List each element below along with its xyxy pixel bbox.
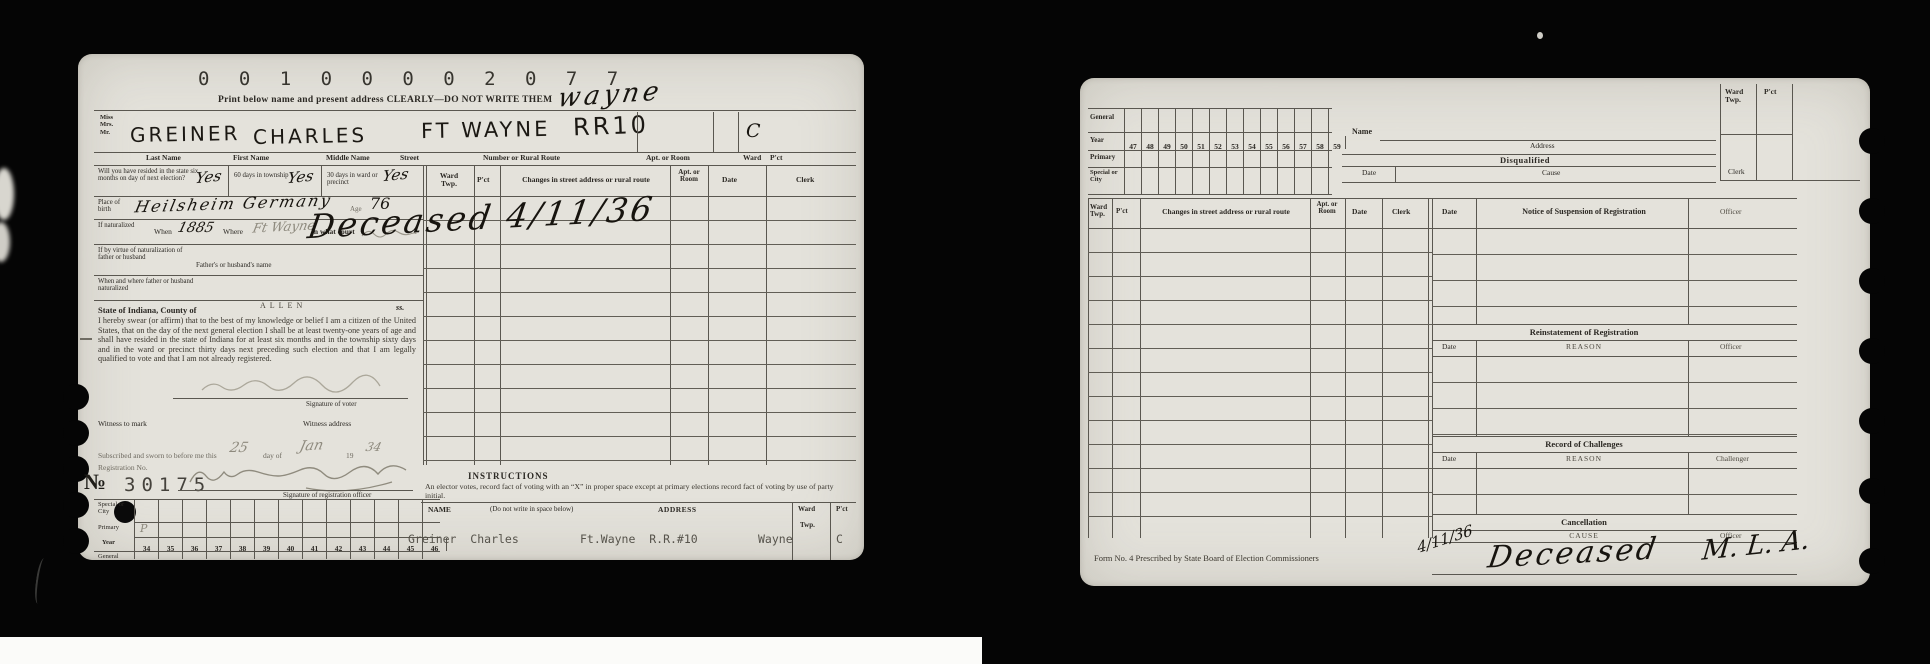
vote-row-label-primary: Primary (1090, 154, 1115, 161)
question-residence-ward: 30 days in ward or precinct (327, 172, 389, 186)
rule (94, 110, 856, 111)
instructions-text: An elector votes, record fact of voting … (425, 482, 845, 500)
left-card: 0 0 1 0 0 0 0 2 0 7 7 Print below name a… (78, 54, 864, 560)
scanner-squiggle (33, 558, 49, 605)
label-middle-name: Middle Name (326, 154, 370, 162)
perforation (1859, 338, 1885, 364)
grid-line (713, 112, 714, 152)
grid-line (1395, 166, 1396, 182)
scanner-edge-smudge (0, 168, 14, 220)
sworn-month-hand: Jan (298, 437, 325, 455)
signature-voter-label: Signature of voter (306, 401, 357, 408)
rule (1432, 340, 1797, 341)
record-ward-label: Ward (798, 506, 815, 513)
challenges-challenger-label: Challenger (1716, 455, 1749, 463)
challenges-reason-label: REASON (1480, 455, 1688, 463)
disqualified-date-label: Date (1362, 169, 1376, 177)
officer-signature-scribble (186, 462, 416, 490)
address-label: Address (1530, 142, 1555, 150)
corner-ward-label: Ward Twp. (1725, 88, 1753, 104)
challenges-date-label: Date (1442, 455, 1456, 463)
answer-residence-township: Yes (286, 167, 315, 188)
perforation (63, 384, 89, 410)
grid-line (738, 112, 739, 152)
rule (1088, 194, 1332, 195)
sworn-year-prefix: 19 (346, 452, 354, 460)
vote-row-label-primary: Primary (98, 525, 119, 532)
grid-line (830, 502, 831, 560)
ward-pct-hand: C (746, 120, 761, 142)
instructions-title: INSTRUCTIONS (468, 472, 549, 481)
grid-clerk-label: Clerk (796, 176, 814, 184)
typed-name: Greiner Charles (408, 532, 519, 546)
rule (94, 152, 856, 153)
record-note: (Do not write in space below) (490, 506, 573, 513)
label-last-name: Last Name (146, 154, 181, 162)
rule (1342, 166, 1716, 167)
reinstatement-reason-label: REASON (1480, 343, 1688, 351)
clerk-label: Clerk (1728, 168, 1745, 176)
vote-row-label-general: General (98, 554, 119, 561)
label-rural-route: Number or Rural Route (483, 154, 560, 162)
sworn-day-hand: 25 (228, 440, 250, 456)
grid-date-label: Date (1352, 208, 1367, 216)
corner-pct-label: P'ct (1764, 88, 1777, 96)
father-when-label: When and where father or husband natural… (98, 278, 208, 292)
reinstatement-rows (1432, 357, 1797, 436)
perforation (63, 420, 89, 446)
typed-ward: Wayne (758, 532, 793, 546)
label-ward: Ward (743, 154, 761, 162)
grid-rows (423, 197, 856, 465)
rule (1720, 134, 1792, 135)
right-card: General Year Primary Special or City 474… (1080, 78, 1870, 586)
grid-line (792, 502, 793, 560)
reinstatement-officer-label: Officer (1720, 343, 1742, 351)
perforation (1859, 548, 1885, 574)
naturalized-label: If naturalized (98, 222, 138, 229)
disqualified-title: Disqualified (1500, 156, 1550, 165)
salutation-stack: Miss Mrs. Mr. (100, 114, 113, 136)
year-cell: 59 (1328, 142, 1345, 151)
label-apt-room: Apt. or Room (646, 154, 690, 162)
rule (1432, 514, 1797, 515)
vote-row-label-special: Special or City (98, 502, 132, 516)
vote-row-label-year: Year (1090, 137, 1104, 144)
label-pct: P'ct (770, 154, 783, 162)
suspension-rows (1432, 229, 1797, 324)
grid-clerk-label: Clerk (1392, 208, 1410, 216)
grid-line (1720, 84, 1721, 180)
sworn-year-hand: 34 (364, 440, 383, 454)
witness-mark-label: Witness to mark (98, 420, 147, 428)
name-first-hand: CHARLES (253, 123, 367, 149)
grid-pct-label: P'ct (1116, 208, 1128, 215)
record-address-label: ADDRESS (658, 506, 697, 514)
affidavit-text: I hereby swear (or affirm) that to the b… (98, 316, 416, 364)
signature-rule (173, 398, 408, 399)
county-ss: ss. (396, 304, 404, 312)
naturalized-where-label: Where (223, 228, 243, 236)
primary-mark-hand: P (140, 522, 147, 535)
corner-handwriting: wayne (555, 76, 665, 114)
vote-year-columns (134, 499, 434, 559)
answer-residence-ward: Yes (381, 165, 410, 186)
rule (94, 300, 423, 301)
rule (94, 165, 856, 166)
grid-pct-label: P'ct (477, 176, 490, 184)
grid-line (637, 112, 638, 152)
witness-address-label: Witness address (303, 420, 351, 428)
disqualified-cause-label: Cause (1542, 169, 1560, 177)
name-last-hand: GREINER (130, 121, 241, 147)
grid-ward-label: Ward Twp. (1090, 204, 1112, 219)
perforation (1859, 198, 1885, 224)
typed-pct: C (836, 532, 843, 546)
record-name-label: NAME (428, 506, 451, 514)
left-grid-rows (1088, 229, 1432, 538)
perforation (1859, 268, 1885, 294)
challenges-rows (1432, 469, 1797, 514)
perforation (1859, 478, 1885, 504)
grid-line (1792, 84, 1793, 180)
record-pct-label: P'ct (836, 506, 848, 513)
rule (1432, 436, 1797, 437)
rule (1720, 180, 1860, 181)
grid-line (228, 165, 229, 196)
perforation (63, 528, 89, 554)
rule (94, 275, 423, 276)
grid-changes-label: Changes in street address or rural route (1146, 208, 1306, 216)
birth-hand: Heilsheim Germany (133, 191, 334, 217)
scan-background: 0 0 1 0 0 0 0 2 0 7 7 Print below name a… (0, 0, 1930, 664)
grid-apt-label: Apt. or Room (1313, 201, 1341, 215)
perforation (1859, 128, 1885, 154)
vote-year-columns (1124, 108, 1329, 194)
grid-changes-label: Changes in street address or rural route (506, 176, 666, 184)
grid-apt-label: Apt. or Room (674, 169, 704, 184)
scanner-edge-smudge (0, 222, 10, 262)
record-twp-label: Twp. (800, 522, 815, 529)
perforation (63, 492, 89, 518)
birth-label: Place of birth (98, 199, 132, 213)
county-label: State of Indiana, County of (98, 306, 196, 315)
sworn-prefix: Subscribed and sworn to before me this (98, 452, 217, 460)
county-value: ALLEN (260, 302, 306, 310)
rule (421, 502, 856, 503)
question-residence-township: 60 days in township (234, 172, 294, 179)
rule (1432, 324, 1797, 325)
suspension-date-label: Date (1442, 208, 1457, 216)
label-street: Street (400, 154, 419, 162)
grid-line (1756, 84, 1757, 180)
challenges-title: Record of Challenges (1480, 440, 1688, 449)
salutation: Miss (100, 114, 113, 121)
typed-address: Ft.Wayne R.R.#10 (580, 532, 698, 546)
reinstatement-title: Reinstatement of Registration (1480, 328, 1688, 337)
cancellation-title: Cancellation (1480, 518, 1688, 527)
sworn-mid: day of (263, 452, 282, 460)
naturalized-when-hand: 1885 (176, 220, 216, 236)
rule (94, 244, 423, 245)
reinstatement-date-label: Date (1442, 343, 1456, 351)
father-label: If by virtue of naturalization of father… (98, 247, 190, 261)
no-symbol: № (84, 470, 106, 493)
perforation (1859, 408, 1885, 434)
salutation: Mr. (100, 129, 113, 136)
answer-residence-state: Yes (194, 167, 223, 188)
name-label: Name (1352, 128, 1372, 136)
suspension-title: Notice of Suspension of Registration (1480, 208, 1688, 216)
naturalized-when-label: When (154, 228, 172, 236)
scanner-speck (1537, 32, 1543, 39)
grid-date-label: Date (722, 176, 737, 184)
father-name-label: Father's or husband's name (196, 262, 271, 269)
grid-ward-label: Ward Twp. (432, 172, 466, 188)
voter-signature-scribble (198, 378, 388, 396)
suspension-officer-label: Officer (1720, 208, 1742, 216)
pencil-dash (80, 338, 92, 340)
rule (1432, 452, 1797, 453)
form-note: Form No. 4 Prescribed by State Board of … (1094, 554, 1319, 563)
salutation: Mrs. (100, 121, 113, 128)
vote-row-label-year: Year (102, 540, 115, 547)
label-first-name: First Name (233, 154, 269, 162)
vote-row-label-general: General (1090, 114, 1114, 121)
header-instruction: Print below name and present address CLE… (218, 96, 552, 106)
bottom-white-strip (0, 637, 982, 664)
rule (1088, 198, 1797, 199)
vote-row-label-special: Special or City (1090, 170, 1120, 184)
rule (1342, 182, 1716, 183)
street-hand: FT WAYNE (421, 117, 551, 143)
